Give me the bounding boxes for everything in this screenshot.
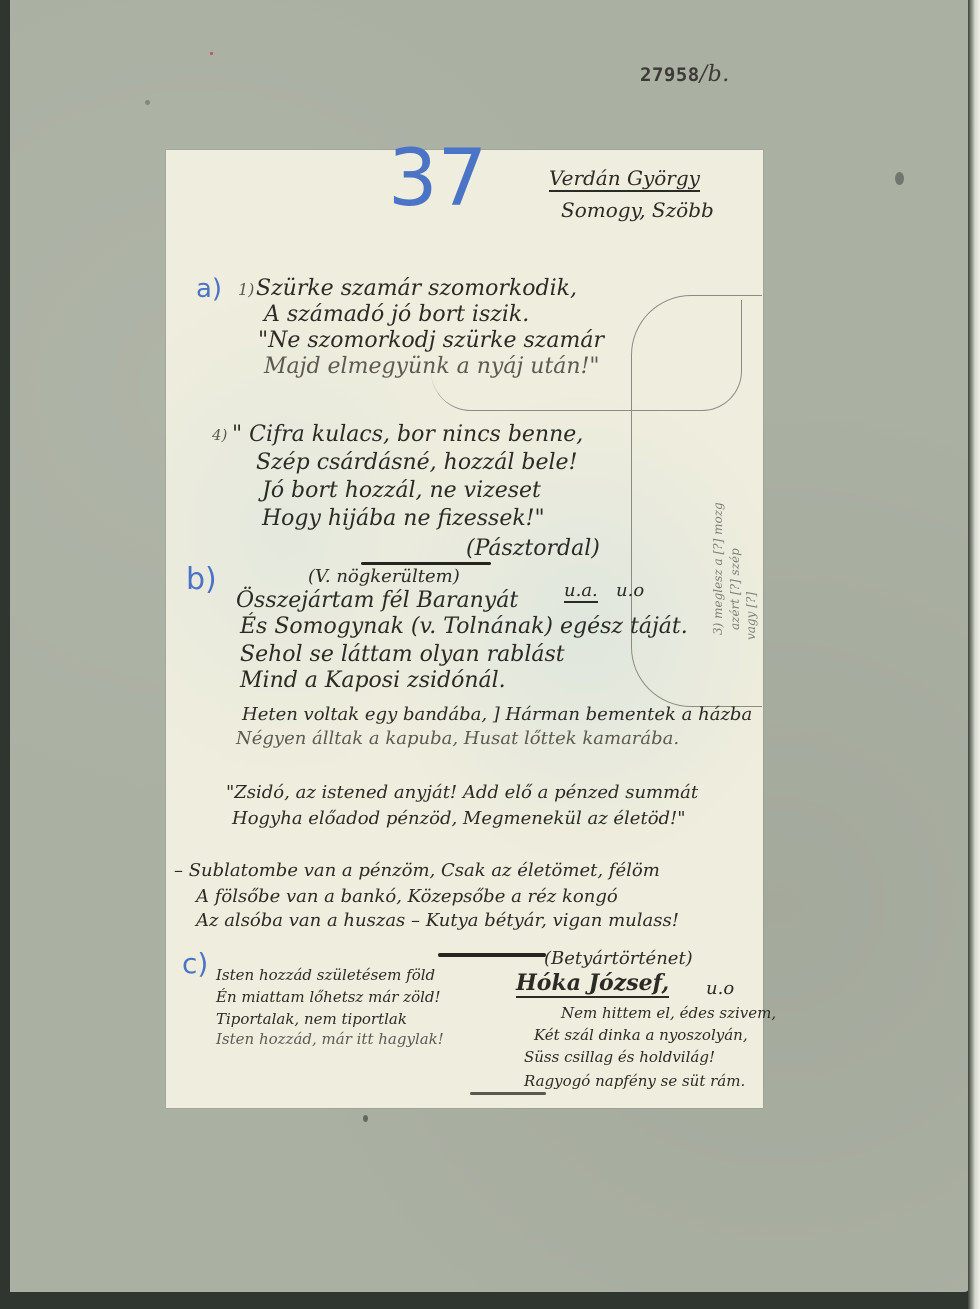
collector-name-text: Hóka József,	[516, 970, 669, 998]
section-b-reply: – Sublatombe van a pénzöm, Csak az életö…	[174, 862, 660, 880]
section-b-continuation: "Zsidó, az istened anyját! Add elő a pén…	[226, 784, 698, 802]
verse-4-source: (Pásztordal)	[466, 538, 600, 560]
verse-4-line: Jó bort hozzál, ne vizeset	[262, 480, 541, 502]
mount-speck	[895, 172, 904, 185]
section-a-marker: a)	[196, 276, 222, 302]
section-b-reply: Az alsóba van a huszas – Kutya bétyár, v…	[196, 912, 679, 930]
verse-1-number: 1)	[238, 282, 254, 298]
section-b-line: És Somogynak (v. Tolnának) egész táját.	[240, 616, 688, 638]
section-c-right-line: Két szál dinka a nyoszolyán,	[534, 1028, 748, 1043]
verse-1-line: Szürke szamár szomorkodik,	[256, 278, 577, 300]
section-b-line: Összejártam fél Baranyát	[236, 590, 518, 612]
verse-4-number: 4)	[212, 428, 227, 443]
section-c-line: Én miattam lőhetsz már zöld!	[216, 990, 441, 1005]
verse-4-line: " Cifra kulacs, bor nincs benne,	[232, 424, 583, 446]
section-c-marker: c)	[182, 950, 208, 978]
section-b-continuation: Hogyha előadod pénzöd, Megmenekül az éle…	[232, 810, 686, 828]
variant-note: (V. nögkerültem)	[308, 568, 460, 586]
section-b-reply: A fölsőbe van a bankó, Közepsőbe a réz k…	[196, 888, 618, 906]
verse-4-line: Szép csárdásné, hozzál bele!	[256, 452, 577, 474]
mount-speck	[363, 1115, 368, 1122]
author-name: Verdán György	[549, 168, 700, 188]
collector-name: Hóka József,	[516, 972, 669, 994]
section-c-line: Tiportalak, nem tiportlak	[216, 1012, 407, 1027]
mount-speck	[210, 52, 213, 55]
attribution-ua-text: u.a.	[564, 580, 598, 603]
closing-rule	[470, 1092, 546, 1095]
mount-edge-shadow	[968, 0, 980, 1309]
accession-suffix: /b.	[700, 62, 730, 87]
section-c-right-line: Nem hittem el, édes szivem,	[561, 1006, 776, 1021]
attribution-ua: u.a.	[564, 582, 598, 600]
pencil-enclosure-curve	[631, 295, 762, 707]
vertical-margin-note: vagy [?]	[744, 592, 758, 640]
manuscript-page: 37 Verdán György Somogy, Szöbb a) 1) Szü…	[166, 150, 763, 1108]
attribution-uo: u.o	[616, 582, 644, 600]
section-b-marker: b)	[186, 565, 217, 595]
section-divider	[361, 562, 491, 565]
section-c-right-line: Ragyogó napfény se süt rám.	[524, 1074, 745, 1089]
section-b-continuation: Heten voltak egy bandába, ] Hárman bemen…	[242, 706, 752, 724]
section-b-source: (Betyártörténet)	[544, 950, 693, 968]
author-name-text: Verdán György	[549, 166, 700, 192]
section-divider	[438, 953, 546, 957]
accession-number-value: 27958	[640, 64, 700, 86]
mount-speck	[145, 100, 150, 105]
accession-number: 27958/b.	[640, 62, 730, 87]
verse-4-line: Hogy hijába ne fizessek!"	[262, 508, 545, 530]
section-c-line: Isten hozzád, már itt hagylak!	[216, 1032, 444, 1047]
page-number: 37	[388, 140, 487, 218]
vertical-margin-note: 3) meglesz a [?] mozg	[711, 502, 725, 635]
section-c-right-line: Süss csillag és holdvilág!	[524, 1050, 715, 1065]
section-b-line: Sehol se láttam olyan rablást	[240, 644, 565, 666]
vertical-margin-note: azért [?] szép	[728, 548, 742, 630]
section-b-line: Mind a Kaposi zsidónál.	[240, 670, 506, 692]
county-name: Somogy, Szöbb	[561, 200, 714, 220]
section-b-continuation: Négyen álltak a kapuba, Husat lőttek kam…	[236, 730, 679, 748]
collector-place: u.o	[706, 980, 734, 998]
section-c-line: Isten hozzád születésem föld	[216, 968, 435, 983]
